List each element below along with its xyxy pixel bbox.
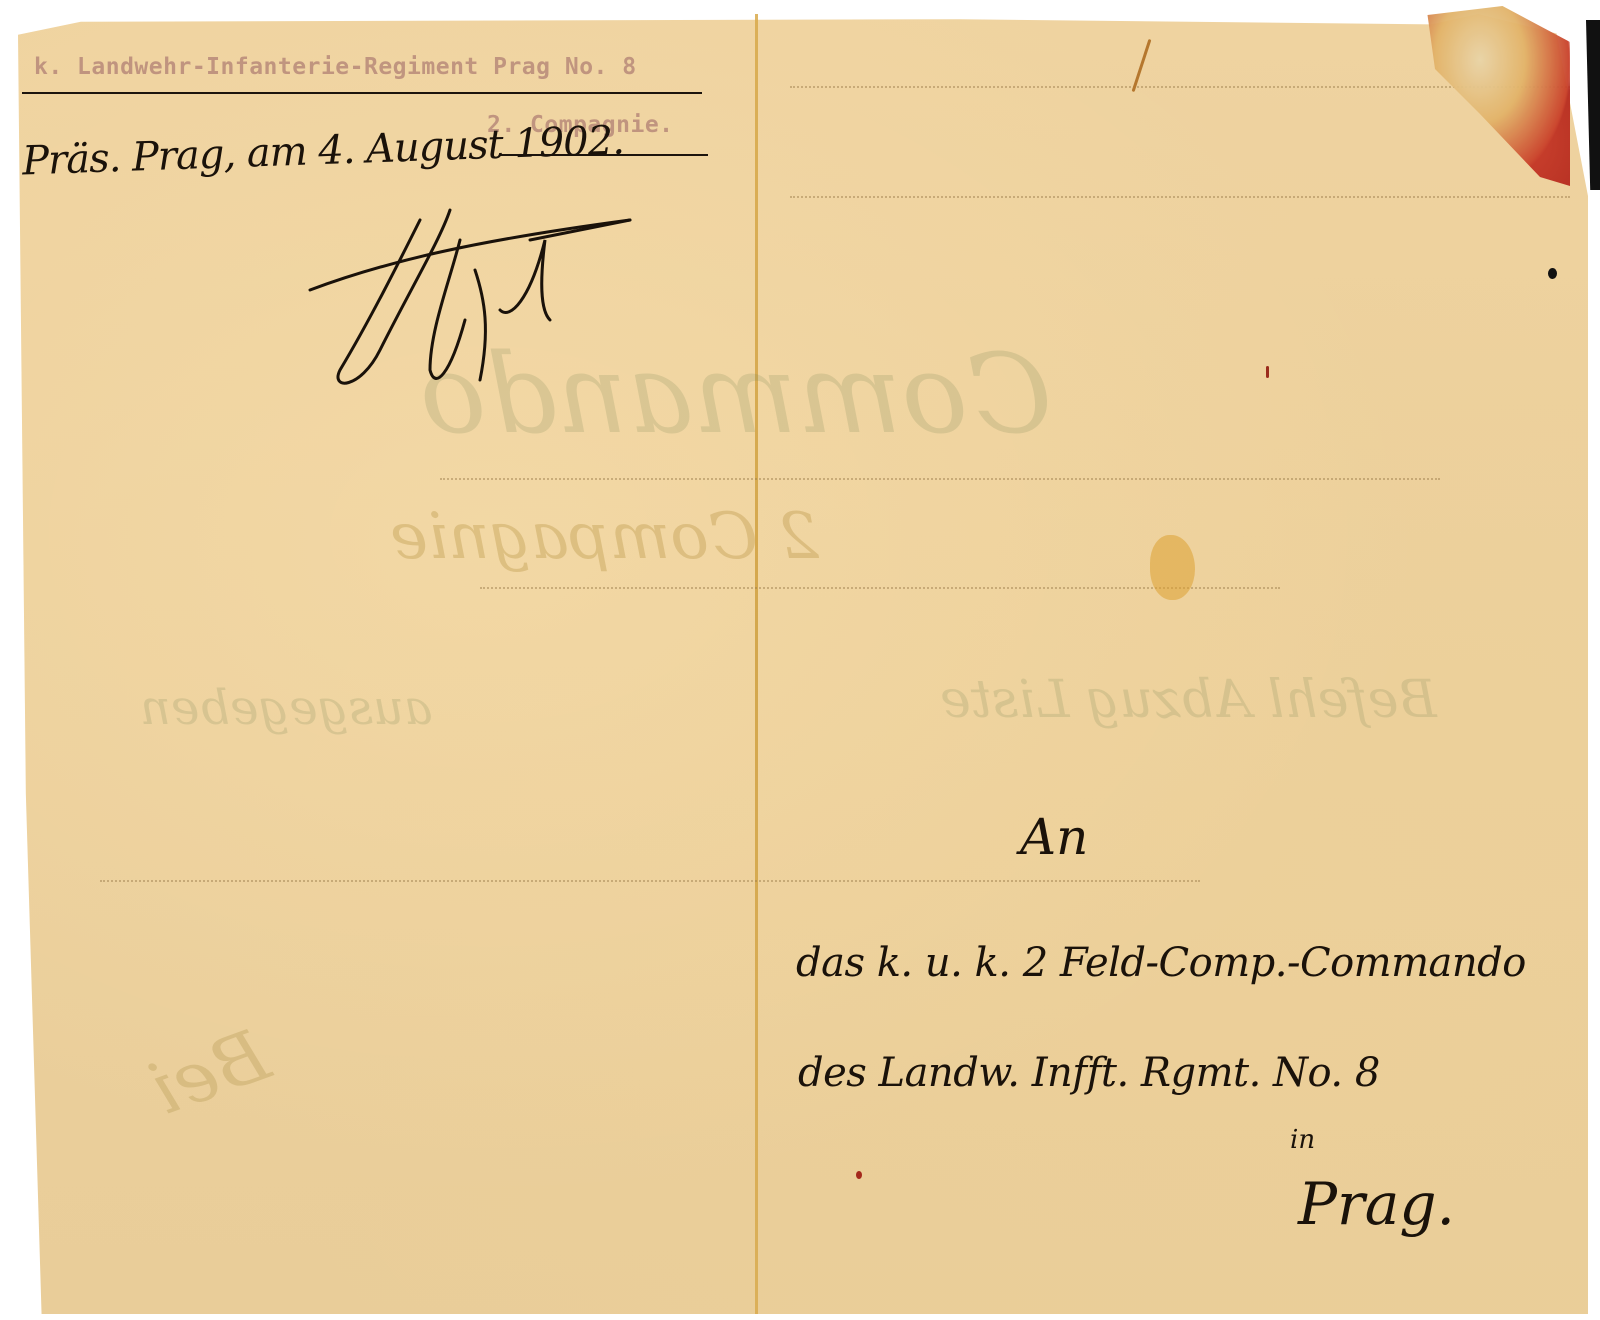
stain-spot bbox=[1150, 535, 1195, 600]
dotted-rule bbox=[100, 880, 1200, 882]
scan-edge-shadow bbox=[1586, 20, 1600, 190]
red-mark bbox=[1266, 366, 1269, 378]
bleed-through-text: ausgegeben bbox=[140, 680, 432, 736]
in-label: in bbox=[1290, 1125, 1315, 1155]
regiment-stamp: k. Landwehr-Infanterie-Regiment Prag No.… bbox=[34, 54, 637, 80]
address-line-1: das k. u. k. 2 Feld-Comp.-Commando bbox=[796, 940, 1526, 986]
dotted-rule bbox=[790, 196, 1570, 198]
signature-icon bbox=[300, 200, 640, 400]
stamp-underline bbox=[22, 92, 702, 94]
ink-dot bbox=[1548, 268, 1557, 279]
bleed-through-text: Befehl Abzug Liste bbox=[940, 670, 1437, 730]
dotted-rule bbox=[440, 478, 1440, 480]
center-fold-line bbox=[755, 14, 758, 1314]
bleed-through-text: 2 Compagnie bbox=[390, 500, 819, 574]
city-name: Prag. bbox=[1298, 1170, 1455, 1238]
red-dot bbox=[856, 1171, 862, 1179]
salutation: An bbox=[1020, 808, 1088, 866]
paper-sheet bbox=[18, 14, 1588, 1314]
address-line-2: des Landw. Infft. Rgmt. No. 8 bbox=[798, 1050, 1380, 1096]
